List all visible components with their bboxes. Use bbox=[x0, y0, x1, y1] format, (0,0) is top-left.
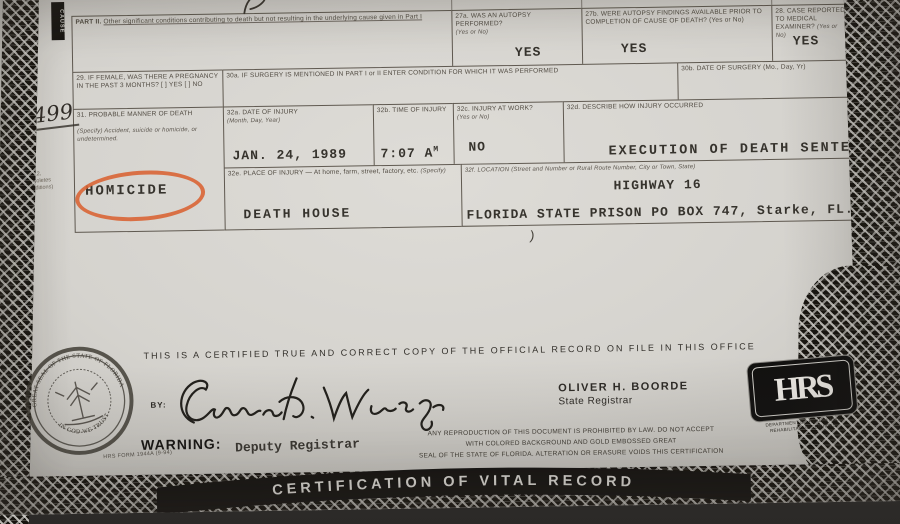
document-photo: PART II. Other significant conditions co… bbox=[0, 0, 900, 524]
certificate-paper: PART II. Other significant conditions co… bbox=[0, 0, 900, 515]
field-29: 29. IF FEMALE, WAS THERE A PREGNANCY IN … bbox=[72, 70, 223, 109]
field-part2-prefix: PART II. bbox=[75, 18, 101, 25]
field-32b-label: 32b. TIME OF INJURY bbox=[374, 104, 453, 117]
field-32b: 32b. TIME OF INJURY 7:07 AM bbox=[373, 103, 454, 165]
field-27a-value: YES bbox=[515, 45, 542, 60]
field-32c-label: 32c. INJURY AT WORK? (Yes or No) bbox=[454, 102, 563, 124]
field-32c-value: NO bbox=[468, 139, 486, 154]
certified-copy-statement: THIS IS A CERTIFIED TRUE AND CORRECT COP… bbox=[110, 341, 790, 362]
warning-text: ANY REPRODUCTION OF THIS DOCUMENT IS PRO… bbox=[351, 423, 791, 463]
field-29-label: 29. IF FEMALE, WAS THERE A PREGNANCY IN … bbox=[73, 71, 222, 93]
field-30b-label: 30b. DATE OF SURGERY (Mo., Day, Yr) bbox=[678, 61, 851, 76]
registrar-block: OLIVER H. BOORDE State Registrar bbox=[558, 380, 689, 407]
field-27a-sublabel: (Yes or No) bbox=[456, 29, 489, 36]
cause-side-tab: CAUSE bbox=[51, 2, 65, 40]
field-32e-label: 32e. PLACE OF INJURY — At home, farm, st… bbox=[225, 165, 461, 181]
field-32b-am-marker: M bbox=[433, 145, 439, 154]
field-27b-label: 27b. WERE AUTOPSY FINDINGS AVAILABLE PRI… bbox=[582, 6, 771, 29]
field-31: 31. PROBABLE MANNER OF DEATH (Specify) A… bbox=[73, 107, 225, 233]
certification-banner: CERTIFICATION OF VITAL RECORD bbox=[156, 459, 751, 512]
registrar-title: State Registrar bbox=[558, 394, 689, 407]
field-28-value: YES bbox=[793, 33, 820, 48]
field-27a: 27a. WAS AN AUTOPSY PERFORMED? (Yes or N… bbox=[451, 8, 582, 66]
field-27b-value: YES bbox=[621, 41, 648, 56]
field-28: 28. CASE REPORTED TO MEDICAL EXAMINER? (… bbox=[771, 4, 852, 61]
seal-bottom-text: IN GOD WE TRUST bbox=[56, 411, 114, 440]
field-32a-label: 32a. DATE OF INJURY (Month, Day, Year) bbox=[224, 105, 373, 127]
field-32f: 32f. LOCATION (Street and Number or Rura… bbox=[461, 158, 855, 227]
svg-text:GREAT SEAL OF THE STATE OF FLO: GREAT SEAL OF THE STATE OF FLORIDA bbox=[23, 344, 125, 408]
field-32d: 32d. DESCRIBE HOW INJURY OCCURRED EXECUT… bbox=[563, 97, 854, 163]
stray-pen-mark: ) bbox=[527, 228, 537, 244]
field-32c-sublabel: (Yes or No) bbox=[457, 114, 490, 121]
seal-center-art bbox=[54, 377, 106, 428]
registrar-name: OLIVER H. BOORDE bbox=[558, 380, 689, 394]
seal-top-text: GREAT SEAL OF THE STATE OF FLORIDA bbox=[23, 344, 125, 408]
field-32e-value: DEATH HOUSE bbox=[243, 206, 351, 223]
by-label: BY: bbox=[150, 400, 166, 409]
field-27a-label: 27a. WAS AN AUTOPSY PERFORMED? (Yes or N… bbox=[452, 9, 581, 39]
field-32d-label: 32d. DESCRIBE HOW INJURY OCCURRED bbox=[564, 98, 852, 115]
field-32c: 32c. INJURY AT WORK? (Yes or No) NO bbox=[453, 101, 564, 164]
field-32e-sublabel: (Specify) bbox=[420, 168, 446, 174]
field-30b: 30b. DATE OF SURGERY (Mo., Day, Yr) bbox=[677, 60, 853, 100]
homicide-highlight-circle bbox=[74, 166, 207, 225]
deputy-registrar-stamp: Deputy Registrar bbox=[235, 436, 360, 455]
field-27b: 27b. WERE AUTOPSY FINDINGS AVAILABLE PRI… bbox=[581, 5, 772, 64]
field-32e: 32e. PLACE OF INJURY — At home, farm, st… bbox=[224, 164, 462, 231]
field-32b-value: 7:07 AM bbox=[380, 145, 439, 161]
field-32f-value-line1: HIGHWAY 16 bbox=[462, 175, 853, 196]
field-32a: 32a. DATE OF INJURY (Month, Day, Year) J… bbox=[223, 104, 374, 167]
hrs-logo: HRS bbox=[746, 354, 859, 423]
hrs-logo-inner-border bbox=[751, 359, 853, 417]
field-31-sublabel: (Specify) Accident, suicide or homicide,… bbox=[74, 120, 223, 146]
svg-text:IN GOD WE TRUST: IN GOD WE TRUST bbox=[56, 411, 114, 440]
field-32a-value: JAN. 24, 1989 bbox=[232, 147, 347, 164]
grid-line bbox=[451, 0, 452, 10]
field-32a-sublabel: (Month, Day, Year) bbox=[227, 118, 280, 125]
handwritten-scribble bbox=[236, 0, 276, 17]
field-32d-value: EXECUTION OF DEATH SENTENCE bbox=[608, 140, 881, 159]
field-32f-value-line2: FLORIDA STATE PRISON PO BOX 747, Starke,… bbox=[466, 202, 853, 223]
field-part2: PART II. Other significant conditions co… bbox=[71, 10, 452, 72]
security-border-right bbox=[843, 0, 900, 298]
grid-line bbox=[581, 0, 582, 8]
